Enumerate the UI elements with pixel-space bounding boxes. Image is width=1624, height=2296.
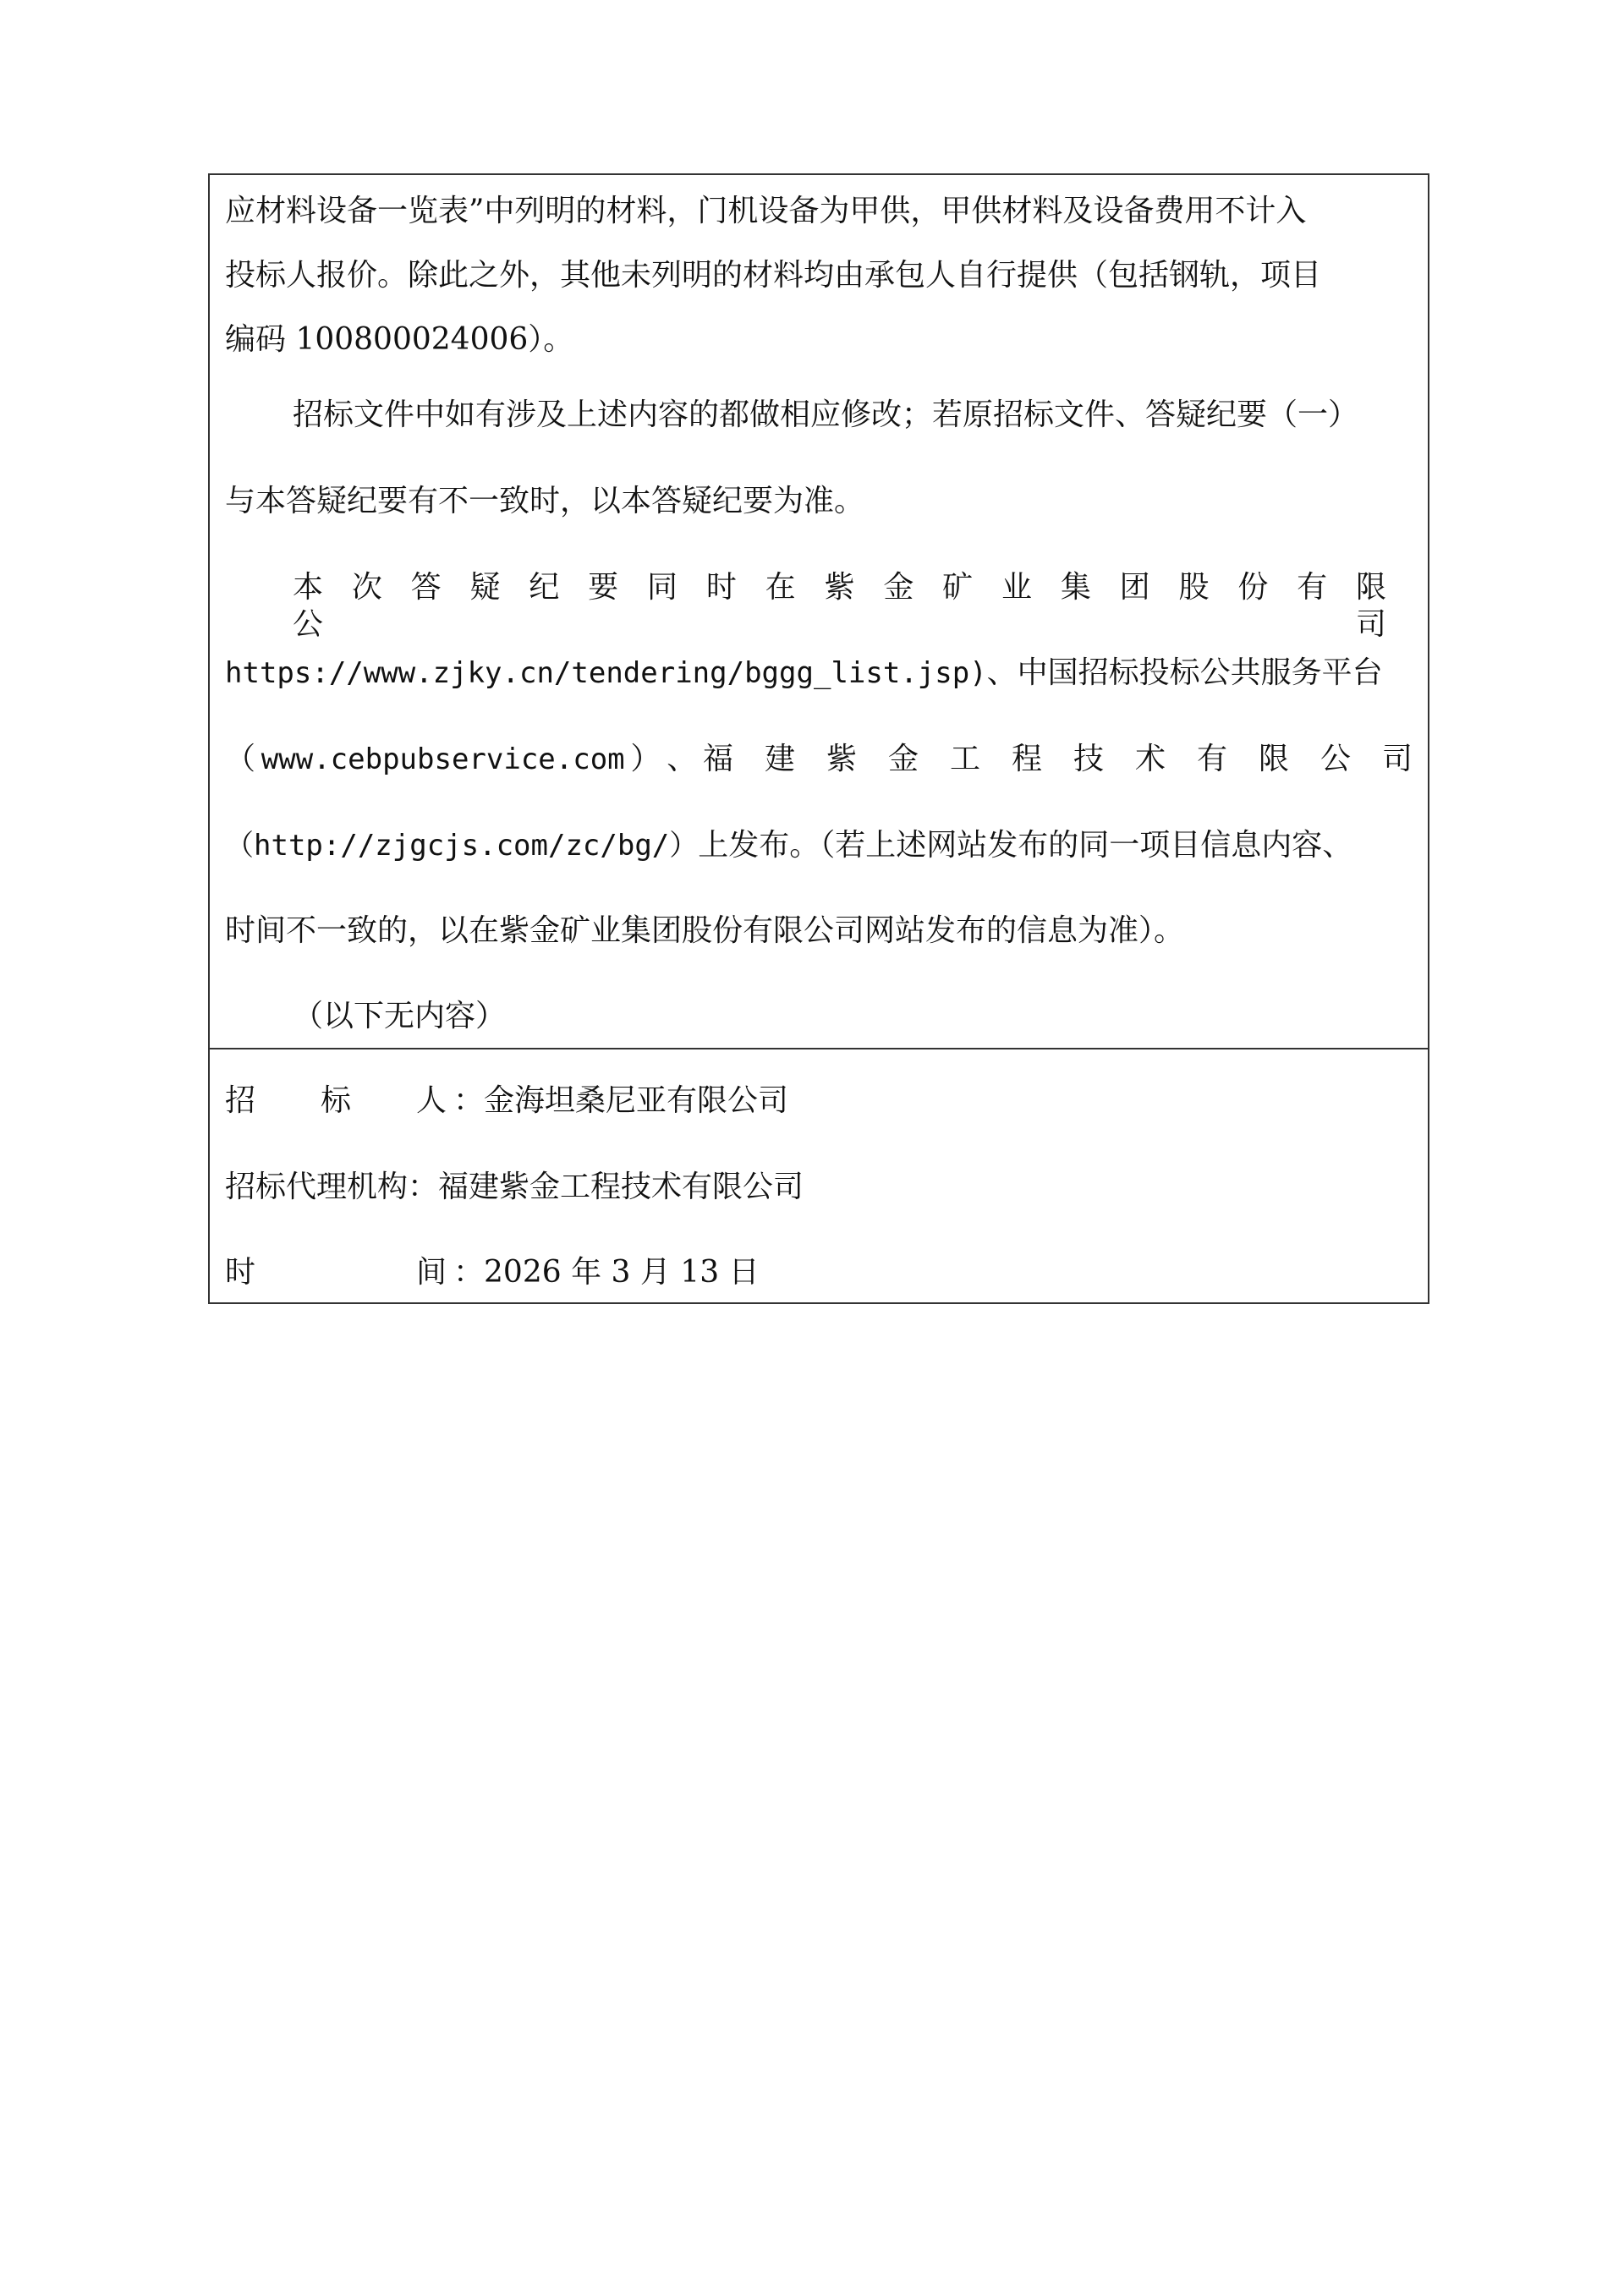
paragraph-materials-line-1: 应材料设备一览表”中列明的材料，门机设备为甲供，甲供材料及设备费用不计入: [225, 193, 1413, 230]
publish-line-3-text: 福建紫金工程技术有限公司: [703, 741, 1444, 778]
publish-line-2-text: 、中国招标投标公共服务平台: [987, 655, 1383, 690]
paragraph-no-more-content: （以下无内容）: [293, 998, 1413, 1035]
publish-line-1-text: 本次答疑纪要同时在紫金矿业集团股份有限公司: [293, 570, 1413, 642]
date-value: 2026 年 3 月 13 日: [484, 1255, 760, 1290]
section-divider: [210, 1048, 1428, 1049]
document-table: 应材料设备一览表”中列明的材料，门机设备为甲供，甲供材料及设备费用不计入 投标人…: [208, 173, 1429, 1304]
tenderer-row: 招标人：金海坦桑尼亚有限公司: [225, 1082, 1413, 1120]
zjky-url-link[interactable]: https://www.zjky.cn/tendering/bggg_list.…: [225, 656, 987, 690]
paren-close: ）: [630, 741, 661, 778]
agency-row: 招标代理机构：福建紫金工程技术有限公司: [225, 1169, 1413, 1206]
paragraph-publish-line-1: 本次答疑纪要同时在紫金矿业集团股份有限公司: [293, 569, 1413, 644]
publish-line-4-text: 上发布。（若上述网站发布的同一项目信息内容、: [698, 828, 1352, 863]
agency-value: 福建紫金工程技术有限公司: [438, 1170, 804, 1204]
paren-open: （: [225, 741, 255, 778]
paragraph-amendment-line-2: 与本答疑纪要有不一致时，以本答疑纪要为准。: [225, 483, 1413, 520]
paragraph-publish-line-2: https://www.zjky.cn/tendering/bggg_list.…: [225, 655, 1413, 692]
date-label: 时间: [225, 1254, 453, 1291]
paragraph-publish-line-3: （ www.cebpubservice.com ） 、 福建紫金工程技术有限公司: [225, 741, 1413, 778]
paragraph-publish-line-4: （http://zjgcjs.com/zc/bg/）上发布。（若上述网站发布的同…: [225, 827, 1413, 864]
paragraph-publish-line-5: 时间不一致的，以在紫金矿业集团股份有限公司网站发布的信息为准）。: [225, 912, 1413, 950]
paragraph-materials-line-2: 投标人报价。除此之外，其他未列明的材料均由承包人自行提供（包括钢轨，项目: [225, 257, 1413, 294]
agency-label: 招标代理机构: [225, 1169, 408, 1206]
cebpubservice-url-link[interactable]: www.cebpubservice.com: [261, 741, 625, 778]
paragraph-amendment-line-1: 招标文件中如有涉及上述内容的都做相应修改；若原招标文件、答疑纪要（一）: [293, 397, 1413, 434]
zjgcjs-url-link[interactable]: （http://zjgcjs.com/zc/bg/）: [225, 829, 698, 863]
paragraph-materials-line-3: 编码 100800024006）。: [225, 321, 1413, 359]
enum-comma: 、: [667, 741, 697, 778]
date-row: 时间：2026 年 3 月 13 日: [225, 1254, 1413, 1291]
tenderer-label: 招标人: [225, 1082, 453, 1120]
tenderer-value: 金海坦桑尼亚有限公司: [484, 1083, 788, 1118]
